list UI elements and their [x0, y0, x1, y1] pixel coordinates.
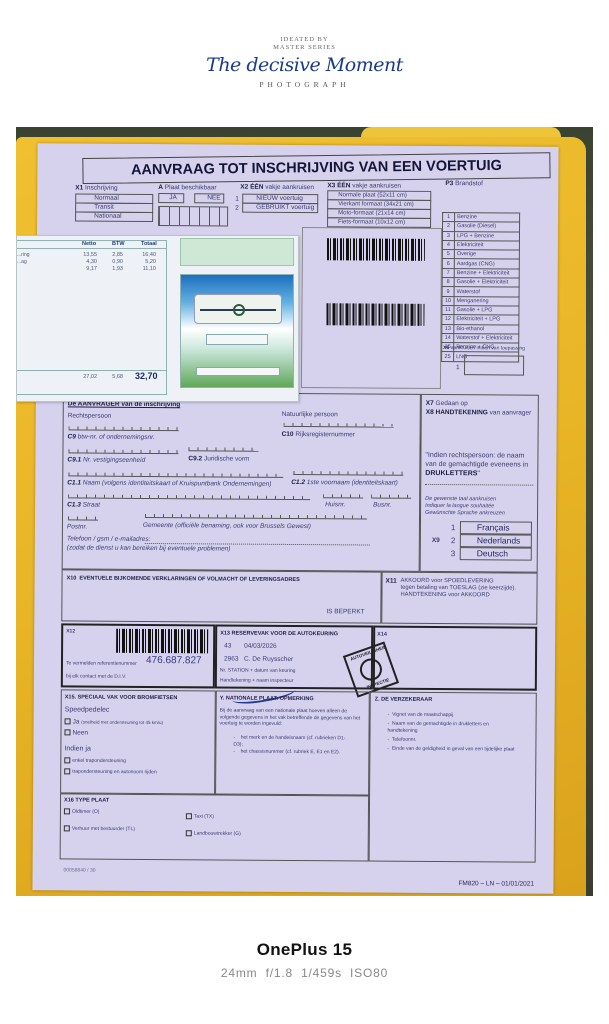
- y-item2: - het chassisnummer (cf. rubriek E, E1 e…: [233, 749, 348, 756]
- fuel-name: Bio-ethanol: [454, 324, 519, 334]
- fuel-row[interactable]: 11Gasolie + LPG: [442, 305, 519, 315]
- card-field-2: [196, 367, 280, 376]
- x13-num2: 2963: [224, 656, 239, 663]
- z-item2: - Naam van de gemachtigde in drukletters…: [388, 721, 518, 735]
- photo-watermark: IDEATED BY MASTER SERIES The decisive Mo…: [0, 36, 609, 89]
- receipt-row1-totaal: 16,40: [134, 252, 156, 258]
- receipt-row2-btw: 0,90: [101, 259, 123, 265]
- p3-label: P3 Brandstof: [445, 180, 483, 187]
- receipt-row2-label: ...ag: [17, 259, 27, 265]
- x15-option2[interactable]: trapondersteuning en autonoom rijden: [64, 768, 157, 775]
- receipt-header-btw: BTW: [112, 241, 125, 247]
- fuel-row[interactable]: 10Menganering: [442, 296, 519, 306]
- fuel-name: Elektriciteit + LPG: [454, 315, 519, 325]
- fuel-code: 14: [442, 333, 454, 342]
- z-label: Z. DE VERZEKERAAR: [375, 697, 433, 703]
- form-serial: 00058840 / 30: [64, 867, 96, 873]
- fuel-name: Benzine: [455, 213, 520, 223]
- x11-line2: tegen betaling van TOESLAG (zie keerzijd…: [400, 585, 516, 592]
- checkbox-icon[interactable]: [186, 813, 192, 819]
- receipt-row3-totaal: 11,10: [134, 266, 156, 272]
- x2-label: X2 ÉÉN vakje aankruisen: [240, 184, 314, 192]
- fuel-name: Gasolie + LPG: [454, 306, 519, 316]
- fuel-code: 1: [443, 213, 455, 222]
- speedpedelec-yes[interactable]: Ja (snelheid met ondersteuning tot 45 km…: [65, 718, 164, 726]
- barcode-bottom: [326, 303, 424, 326]
- legal-person-note: "Indien rechtspersoon: de naam van de ge…: [425, 451, 535, 479]
- receipt-grand-total: 32,70: [135, 371, 158, 381]
- inspection-date: 04/03/2026: [244, 643, 277, 650]
- a-no-checkbox[interactable]: NEE: [194, 193, 224, 203]
- language-hint-de: Gewünschte Sprache ankreuzen: [425, 510, 505, 517]
- checkbox-icon[interactable]: [64, 730, 70, 736]
- receipt-green-panel: [180, 238, 294, 266]
- phone-label: Telefoon / gsm / e-mailadres:: [67, 535, 151, 543]
- c9-label: C9 btw-nr. of ondernemingsnr.: [68, 433, 155, 441]
- checkbox-icon[interactable]: [186, 830, 192, 836]
- x10-value: IS BEPERKT: [326, 608, 364, 615]
- fuel-row[interactable]: 7Benzine + Elektriciteit: [442, 268, 519, 278]
- receipt-row1-label: ...ring: [17, 252, 30, 258]
- fuel-code: 11: [442, 305, 454, 314]
- camera-model: OnePlus 15: [0, 940, 609, 960]
- y-item1: - het merk en de handelsnaam (cf. rubrie…: [233, 735, 348, 749]
- x11-line3: HANDTEKENING voor AKKOORD: [400, 592, 489, 599]
- receipt-row3-btw: 1,93: [101, 266, 123, 272]
- x1-label: X1 Inschrijving: [75, 184, 117, 191]
- x2-num-1: 1: [235, 196, 239, 203]
- x15-option1[interactable]: enkel trapondersteuning: [64, 757, 126, 764]
- photo: AANVRAAG TOT INSCHRIJVING VAN EEN VOERTU…: [16, 127, 593, 896]
- z-item1: - Vignet van de maatschappij: [388, 712, 454, 718]
- x6-label: X6 aankruisen indien van toepassing: [443, 345, 525, 352]
- fuel-code: 4: [442, 240, 454, 249]
- x13-num1: 43: [224, 643, 231, 650]
- fuel-code: 10: [442, 296, 454, 305]
- card-logo-dot: [233, 304, 245, 316]
- watermark-line3: PHOTOGRAPH: [0, 80, 609, 89]
- fuel-code: 6: [442, 259, 454, 268]
- c10-label: C10 Rijksregisternummer: [282, 431, 355, 439]
- receipt-header-netto: Netto: [82, 241, 96, 247]
- gemeente-label: Gemeente (officiële benaming, ook voor B…: [143, 522, 311, 530]
- x13-sign: Handtekening + naam inspecteur: [220, 677, 294, 684]
- language-option-francais[interactable]: Français: [460, 521, 532, 535]
- fuel-name: Overige: [454, 250, 519, 260]
- fuel-row[interactable]: 14Waterstof + Elektriciteit: [442, 333, 519, 343]
- watermark-signature: The decisive Moment: [0, 54, 609, 76]
- receipt-card: [180, 274, 294, 388]
- fuel-row[interactable]: 9Waterstof: [442, 287, 519, 297]
- x9-num-2: 2: [451, 536, 456, 545]
- fuel-table: 1Benzine2Gasolie (Diesel)3LPG + Benzine4…: [441, 212, 520, 362]
- fuel-name: Waterstof: [454, 287, 519, 297]
- busnr-field[interactable]: [371, 495, 411, 499]
- c10-field[interactable]: [284, 423, 394, 428]
- form-id: FM820 – LN – 01/01/2021: [458, 880, 534, 888]
- receipt-row2-totaal: 5,20: [134, 259, 156, 265]
- receipt-row3-netto: 9,17: [75, 266, 97, 272]
- y-label: Y. NATIONALE PLAAT: OPMERKING: [220, 695, 314, 702]
- speedpedelec-label: Speedpedelec: [65, 706, 110, 713]
- x2-option-used[interactable]: GEBRUIKT voertuig: [242, 203, 318, 214]
- huisnr-label: Huisnr.: [325, 501, 345, 508]
- fuel-name: Waterstof + Elektriciteit: [454, 333, 519, 343]
- x6-num: 1: [456, 364, 460, 371]
- x15-label: X15. SPECIAAL VAK VOOR BROMFIETSEN: [65, 694, 178, 701]
- y-text: Bij de aanvraag van een nationale plaat …: [220, 707, 365, 728]
- fuel-code: 13: [442, 324, 454, 333]
- fuel-name: Gasolie + Elektriciteit: [454, 278, 519, 288]
- c91-field[interactable]: [68, 449, 178, 454]
- fuel-row[interactable]: 8Gasolie + Elektriciteit: [442, 278, 519, 288]
- receipt-header-totaal: Totaal: [141, 241, 157, 247]
- fuel-name: Menganering: [454, 296, 519, 306]
- busnr-label: Busnr.: [373, 502, 392, 509]
- plate-number-boxes[interactable]: [158, 206, 228, 226]
- camera-caption: OnePlus 15 24mm f/1.8 1/459s ISO80: [0, 940, 609, 980]
- checkbox-icon[interactable]: [64, 768, 70, 774]
- x14-code: X14: [377, 632, 387, 638]
- x11-code: X11: [386, 578, 397, 585]
- x12-note1: Te vermelden referentienummer: [66, 660, 137, 666]
- fuel-row[interactable]: 2Gasolie (Diesel): [443, 222, 520, 232]
- fuel-code: 8: [442, 278, 454, 287]
- form-title: AANVRAAG TOT INSCHRIJVING VAN EEN VOERTU…: [82, 152, 550, 184]
- fuel-name: Elektriciteit: [454, 240, 519, 250]
- a-label: A Plaat beschikbaar: [158, 184, 216, 191]
- fuel-code: 9: [442, 287, 454, 296]
- fuel-row[interactable]: 6Aardgas (CNG): [442, 259, 519, 269]
- x9-num-1: 1: [451, 523, 456, 532]
- checkbox-icon[interactable]: [64, 825, 70, 831]
- receipt-total-netto: 27,02: [75, 374, 97, 380]
- fuel-name: LPG + Benzine: [454, 231, 519, 241]
- x12-note2: bij elk contact met de D.I.V.: [66, 673, 126, 679]
- checkbox-icon[interactable]: [64, 757, 70, 763]
- x11-line1: AKKOORD voor SPOEDLEVERING: [401, 578, 494, 585]
- receipt-row1-netto: 13,55: [75, 252, 97, 258]
- plate-type-rental[interactable]: Verhuur met bestuurder (TL): [64, 825, 135, 832]
- x13-label: X13 RESERVEVAK VOOR DE AUTOKEURING: [220, 630, 338, 637]
- fuel-row[interactable]: 1Benzine: [443, 213, 520, 223]
- z-item4: - Einde van de geldigheid in geval van e…: [387, 746, 517, 753]
- reference-number: 476.687.827: [146, 655, 202, 666]
- receipt-header-divider: [17, 248, 167, 249]
- fuel-code: 5: [442, 250, 454, 259]
- x8-label: X8 HANDTEKENING van aanvrager: [426, 409, 532, 417]
- language-option-nederlands[interactable]: Nederlands: [460, 534, 532, 548]
- plate-type-tractor[interactable]: Landbouwtrekker (G): [186, 830, 241, 837]
- x7-label: X7 Gedaan op: [426, 400, 468, 407]
- receipt-overlay: Netto BTW Totaal ...ring 13,55 2,85 16,4…: [16, 235, 299, 402]
- x6-box[interactable]: [464, 355, 524, 375]
- c91-label: C9.1 Nr. vestigingseenheid: [67, 456, 145, 464]
- receipt-row1-btw: 2,85: [101, 252, 123, 258]
- fuel-name: Benzine + Elektriciteit: [454, 268, 519, 278]
- language-hint-fr: Indiquer la langue souhaitée: [425, 503, 494, 509]
- x2-num-2: 2: [235, 205, 239, 212]
- c11-label: C1.1 Naam (volgens identiteitskaart of K…: [67, 479, 271, 487]
- x1-option-nationaal[interactable]: Nationaal: [75, 211, 153, 222]
- fuel-code: 12: [442, 315, 454, 324]
- natural-person-label: Natuurlijke persoon: [282, 411, 338, 418]
- speedpedelec-no[interactable]: Neen: [64, 729, 88, 736]
- card-logo-icon: [194, 294, 282, 324]
- inspector-name: C. De Ruysscher: [244, 656, 293, 663]
- receipt-total-btw: 5,68: [101, 374, 123, 380]
- x9-num-3: 3: [451, 549, 456, 558]
- phone-note: (zodat de dienst u kan bereiken bij even…: [67, 544, 231, 552]
- fuel-code: 2: [443, 222, 455, 231]
- c92-label: C9.2 Juridische vorm: [188, 455, 249, 462]
- fuel-row[interactable]: 4Elektriciteit: [442, 240, 519, 250]
- x9-label: X9: [432, 537, 440, 544]
- postnr-label: Postnr.: [67, 523, 87, 530]
- card-field-1: [206, 334, 268, 345]
- fuel-row[interactable]: 5Overige: [442, 250, 519, 260]
- fuel-row[interactable]: 3LPG + Benzine: [442, 231, 519, 241]
- camera-specs: 24mm f/1.8 1/459s ISO80: [0, 966, 609, 980]
- c92-field[interactable]: [188, 447, 258, 451]
- plate-type-taxi[interactable]: Taxi (TX): [186, 813, 214, 820]
- plate-type-oldtimer[interactable]: Oldtimer (O): [64, 808, 100, 815]
- fuel-name: Aardgas (CNG): [454, 259, 519, 269]
- z-item3: - Telefoonnr.: [387, 737, 416, 743]
- x12-code: X12: [66, 628, 75, 634]
- postnr-field[interactable]: [68, 516, 98, 520]
- checkbox-icon[interactable]: [64, 808, 70, 814]
- checkbox-icon[interactable]: [65, 719, 71, 725]
- fuel-row[interactable]: 13Bio-ethanol: [442, 324, 519, 334]
- huisnr-field[interactable]: [323, 494, 363, 498]
- language-hint-nl: De gewenste taal aankruisen: [425, 496, 496, 502]
- c13-label: C1.3 Straat: [67, 501, 100, 508]
- x13-station: Nr. STATION + datum van keuring: [220, 667, 296, 674]
- c9-field[interactable]: [69, 426, 179, 431]
- x12-barcode: [116, 629, 208, 654]
- fuel-code: 3: [442, 231, 454, 240]
- fuel-name: Gasolie (Diesel): [455, 222, 520, 232]
- legal-person-label: Rechtspersoon: [68, 412, 112, 419]
- fuel-row[interactable]: 12Elektriciteit + LPG: [442, 315, 519, 325]
- fuel-code: 25: [442, 352, 454, 361]
- a-yes-checkbox[interactable]: JA: [158, 193, 184, 203]
- x15-section: [60, 689, 216, 794]
- fuel-code: 7: [442, 268, 454, 277]
- c12-field[interactable]: [293, 471, 403, 476]
- language-option-deutsch[interactable]: Deutsch: [460, 547, 532, 561]
- watermark-line1: IDEATED BY: [0, 36, 609, 44]
- indien-ja-label: Indien ja: [64, 745, 91, 752]
- watermark-line2: MASTER SERIES: [0, 44, 609, 52]
- x3-label: X3 ÉÉN vakje aankruisen: [327, 182, 401, 190]
- x16-label: X16 TYPE PLAAT: [64, 797, 109, 803]
- barcode-top: [327, 238, 425, 261]
- c12-label: C1.2 1ste voornaam (identiteitskaart): [291, 479, 398, 487]
- receipt-row2-netto: 4,30: [75, 259, 97, 265]
